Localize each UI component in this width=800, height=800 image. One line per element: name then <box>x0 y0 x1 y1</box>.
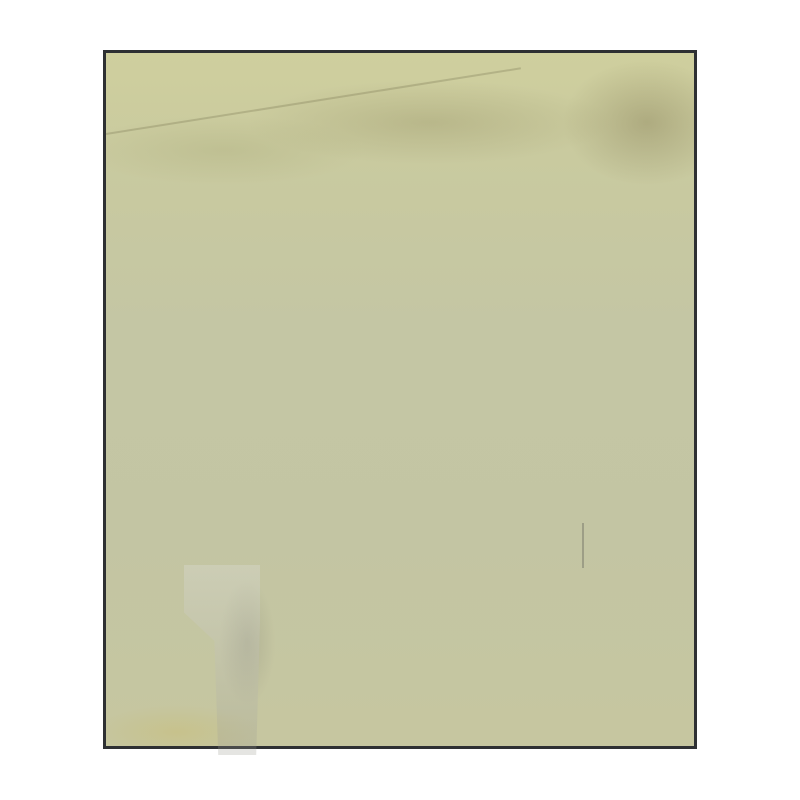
water-stain <box>106 67 521 135</box>
stained-board <box>106 53 694 746</box>
scratch-mark <box>582 523 584 568</box>
dark-frame <box>103 50 697 749</box>
tape-residue <box>184 565 260 755</box>
